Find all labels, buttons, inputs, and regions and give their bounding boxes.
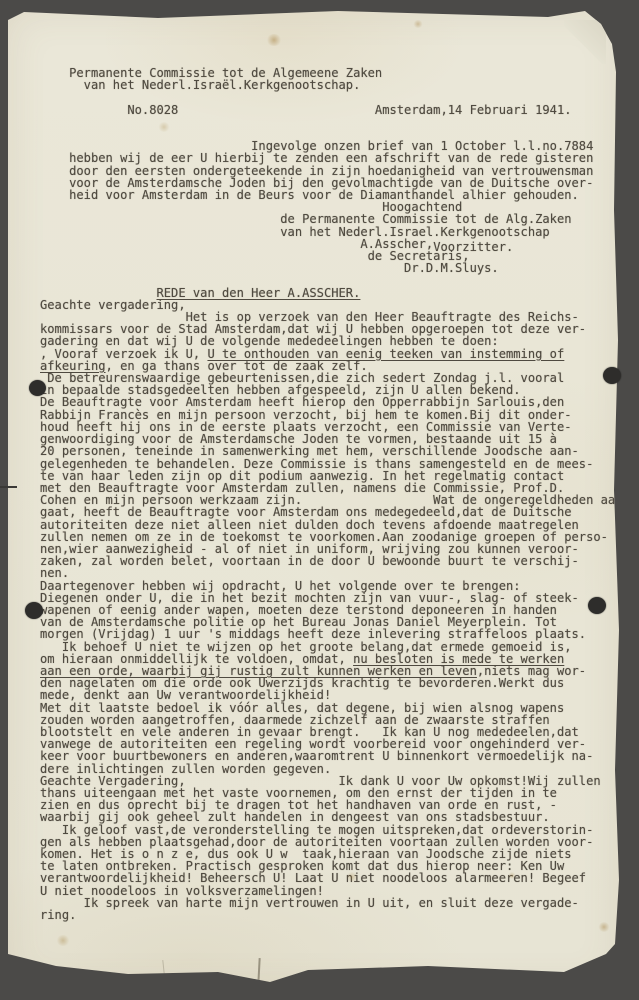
- paper-tear: [162, 960, 164, 974]
- text-segment: van het Nederl.Israël.Kerkgenootschap.: [40, 78, 360, 92]
- document-text: Permanente Commissie tot de Algemeene Za…: [8, 10, 639, 921]
- text-segment: zaken, zal worden belet, voortaan in de …: [40, 554, 579, 568]
- punch-hole: [588, 597, 606, 614]
- text-line: No.8028 Amsterdam,14 Februari 1941.: [40, 104, 639, 116]
- punch-hole: [603, 367, 621, 384]
- text-line: zaken, zal worden belet, voortaan in de …: [40, 555, 639, 567]
- text-line: Dr.D.M.Sluys.: [40, 262, 639, 274]
- text-segment: ring.: [40, 908, 76, 922]
- edge-mark: [0, 486, 17, 488]
- text-segment: Voorzitter.: [433, 240, 513, 254]
- text-line: van het Nederl.Israël.Kerkgenootschap.: [40, 79, 639, 91]
- stain: [56, 935, 70, 946]
- text-segment: Ik spreek van harte mijn vertrouwen in U…: [40, 896, 579, 910]
- text-line: ring.: [40, 909, 639, 921]
- text-segment: Dr.D.M.Sluys.: [40, 261, 499, 275]
- punch-hole: [29, 380, 46, 396]
- document-page: Permanente Commissie tot de Algemeene Za…: [8, 10, 620, 988]
- pencil-smudge: [20, 972, 78, 978]
- stain: [598, 922, 610, 932]
- punch-hole: [25, 602, 43, 619]
- underlined-text: REDE van den Heer A.ASSCHER.: [157, 286, 361, 300]
- paper-tear: [257, 958, 260, 984]
- text-segment: No.8028 Amsterdam,14 Februari 1941.: [40, 103, 572, 117]
- text-line: Ik spreek van harte mijn vertrouwen in U…: [40, 897, 639, 909]
- text-line: [40, 116, 639, 128]
